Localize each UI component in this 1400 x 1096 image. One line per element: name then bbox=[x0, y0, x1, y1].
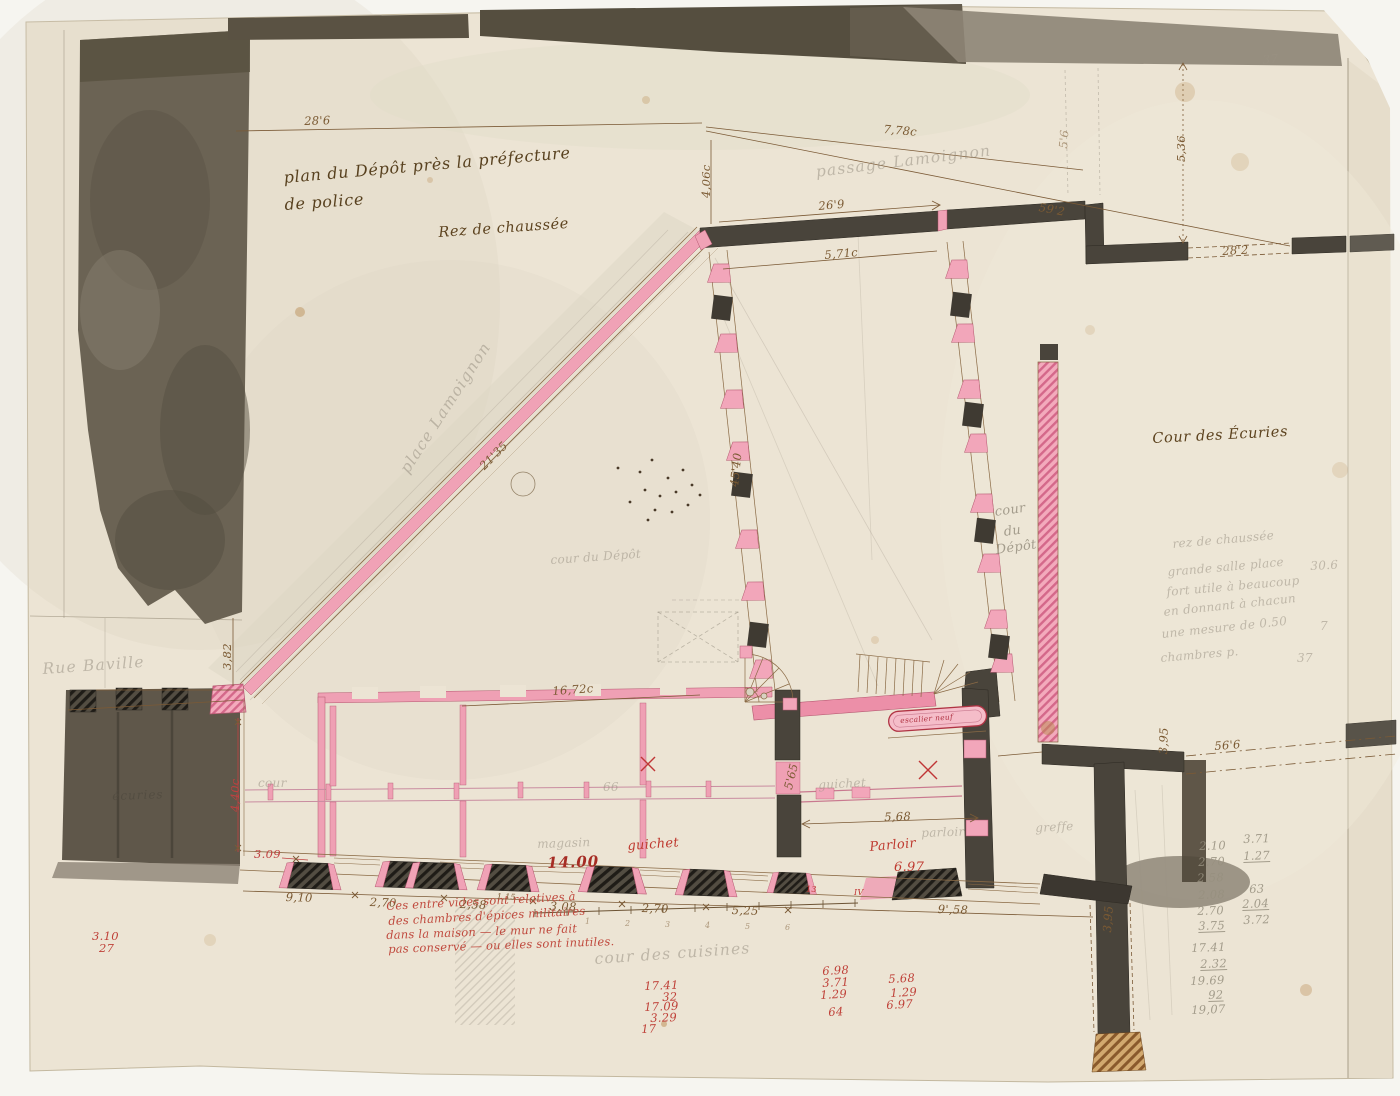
labels-layer: plan du Dépôt près la préfecturede polic… bbox=[0, 0, 1400, 1096]
cour-du-depot-right-2: du bbox=[1003, 524, 1022, 539]
place-lamoignon-label: place Lamoignon bbox=[398, 340, 494, 476]
dim-3-95-b: 3,95 bbox=[1102, 905, 1115, 933]
dim-1-15: 1,15 bbox=[497, 893, 516, 902]
pencil-calc-s2: 2.32 bbox=[1200, 958, 1227, 970]
guichet-red-label: guichet bbox=[627, 836, 679, 853]
dim-45-40: 45'40 bbox=[729, 452, 744, 487]
cour-des-cuisines-label: cour des cuisines bbox=[594, 941, 751, 967]
cour-du-depot-right-1: cour bbox=[994, 502, 1026, 519]
title-line-1: plan du Dépôt près la préfecture bbox=[283, 145, 571, 186]
scale-num-1: 1 bbox=[585, 918, 590, 926]
pencil-calc-total: 19,07 bbox=[1191, 1004, 1226, 1017]
cour-du-depot-center-label: cour du Dépôt bbox=[550, 548, 641, 566]
greffe-label: greffe bbox=[1035, 820, 1074, 834]
scale-num-5: 5 bbox=[745, 923, 750, 931]
scale-num-6: 6 bbox=[785, 924, 790, 932]
pencil-note-v3: 37 bbox=[1297, 652, 1313, 664]
pencil-calc-s4: 92 bbox=[1208, 989, 1224, 1001]
dim-5-65: 5'65 bbox=[783, 762, 801, 790]
dim-bottom-3-08: 3,08 bbox=[550, 901, 577, 913]
dim-59-2: 59'2 bbox=[1038, 202, 1066, 218]
parloir-pencil-label: parloir bbox=[921, 825, 965, 839]
dim-56-6: 56'6 bbox=[1214, 739, 1241, 752]
cour-des-ecuries-label: Cour des Écuries bbox=[1152, 425, 1288, 447]
dim-28-2: 28'2 bbox=[1222, 245, 1249, 258]
dim-3-09: 3.09 bbox=[254, 849, 281, 861]
pencil-calc-r5: 3.72 bbox=[1243, 914, 1270, 926]
dim-4-06: 4,06c bbox=[701, 164, 713, 198]
parloir-red-label: Parloir bbox=[869, 837, 917, 854]
pencil-calc-6: 3.75 bbox=[1198, 920, 1225, 932]
cour-du-depot-right-3: Dépôt bbox=[995, 538, 1037, 557]
rue-baville-label: Rue Baville bbox=[42, 655, 145, 678]
pencil-calc-r4: 2.04 bbox=[1242, 898, 1269, 910]
pencil-calc-r2: 1.27 bbox=[1243, 850, 1270, 862]
dim-3-82: 3,82 bbox=[222, 643, 234, 670]
dim-66: 66 bbox=[603, 781, 619, 793]
floor-label: Rez de chaussée bbox=[438, 217, 569, 241]
red-calc-r3: 6.97 bbox=[886, 999, 913, 1012]
plan-canvas: plan du Dépôt près la préfecturede polic… bbox=[0, 0, 1400, 1096]
pencil-note-4: une mesure de 0.50 bbox=[1161, 615, 1288, 640]
pencil-note-5: chambres p. bbox=[1160, 645, 1239, 664]
dim-3-95-a: 3,95 bbox=[1158, 727, 1170, 754]
pencil-note-v2: 7 bbox=[1320, 620, 1328, 632]
pencil-corner-37: 37 bbox=[1262, 53, 1279, 66]
pencil-calc-s1: 17.41 bbox=[1191, 942, 1226, 955]
pencil-note-1: grande salle place bbox=[1167, 556, 1284, 578]
scale-num-3: 3 bbox=[665, 921, 670, 929]
pencil-note-0: rez de chaussée bbox=[1172, 529, 1275, 550]
pencil-calc-s3: 19.69 bbox=[1190, 975, 1225, 988]
dim-5-36: 5,36 bbox=[1176, 135, 1188, 162]
title-line-2: de police bbox=[284, 191, 365, 213]
mark-iv: IV bbox=[854, 889, 864, 897]
pencil-calc-5: 2.70 bbox=[1197, 905, 1224, 917]
pencil-calc-4: 2.08 bbox=[1198, 889, 1225, 901]
red-calc-r1: 5.68 bbox=[888, 973, 915, 986]
mark-13: 13 bbox=[806, 886, 817, 894]
dim-5-6: 5'6 bbox=[1058, 129, 1071, 149]
cour-small-label: cour bbox=[258, 777, 287, 789]
magasin-label: magasin bbox=[537, 836, 591, 850]
dim-7-78: 7,78c bbox=[883, 124, 917, 138]
pencil-calc-r3: 63 bbox=[1249, 883, 1265, 895]
dim-5-71: 5,71c bbox=[824, 247, 858, 261]
dim-16-72: 16,72c bbox=[552, 683, 594, 697]
scale-num-2: 2 bbox=[625, 920, 630, 928]
pencil-calc-2: 2.70 bbox=[1198, 856, 1225, 868]
guichet-pencil-label: guichet bbox=[818, 777, 866, 791]
dim-bottom-2-70b: 2,70 bbox=[642, 903, 669, 915]
red-calc-a2: 27 bbox=[99, 943, 114, 955]
dim-5-68: 5,68 bbox=[884, 811, 911, 823]
red-calc-m3: 1.29 bbox=[820, 989, 847, 1002]
dim-bottom-9-58: 9',58 bbox=[938, 904, 969, 917]
dim-14-00: 14.00 bbox=[547, 854, 599, 871]
dim-bottom-2-58: 2,58 bbox=[460, 899, 487, 911]
scale-num-4: 4 bbox=[705, 922, 710, 930]
pencil-calc-1: 2.10 bbox=[1199, 840, 1226, 852]
pencil-calc-r1: 3.71 bbox=[1243, 833, 1270, 845]
pencil-note-v1: 30.6 bbox=[1310, 559, 1339, 572]
pencil-calc-3: 2.58 bbox=[1197, 872, 1224, 884]
stair-label: escalier neuf bbox=[900, 713, 953, 724]
dim-4-40: 4,40c bbox=[230, 778, 242, 812]
dim-bottom-9-10: 9,10 bbox=[286, 892, 313, 904]
dim-26-9: 26'9 bbox=[818, 199, 845, 213]
red-calc-m4: 64 bbox=[828, 1006, 844, 1018]
passage-lamoignon-label: passage Lamoignon bbox=[815, 143, 992, 180]
dim-bottom-5-25: 5,25 bbox=[732, 905, 759, 917]
dim-bottom-2-70a: 2,70 bbox=[370, 897, 397, 909]
ecuries-label: écuries bbox=[112, 788, 164, 802]
red-calc-l5: 17 bbox=[641, 1023, 657, 1035]
dim-28-6: 28'6 bbox=[304, 115, 331, 127]
parloir-dim-value: 6.97 bbox=[894, 861, 924, 874]
dim-21-35: 21'35 bbox=[478, 440, 510, 472]
